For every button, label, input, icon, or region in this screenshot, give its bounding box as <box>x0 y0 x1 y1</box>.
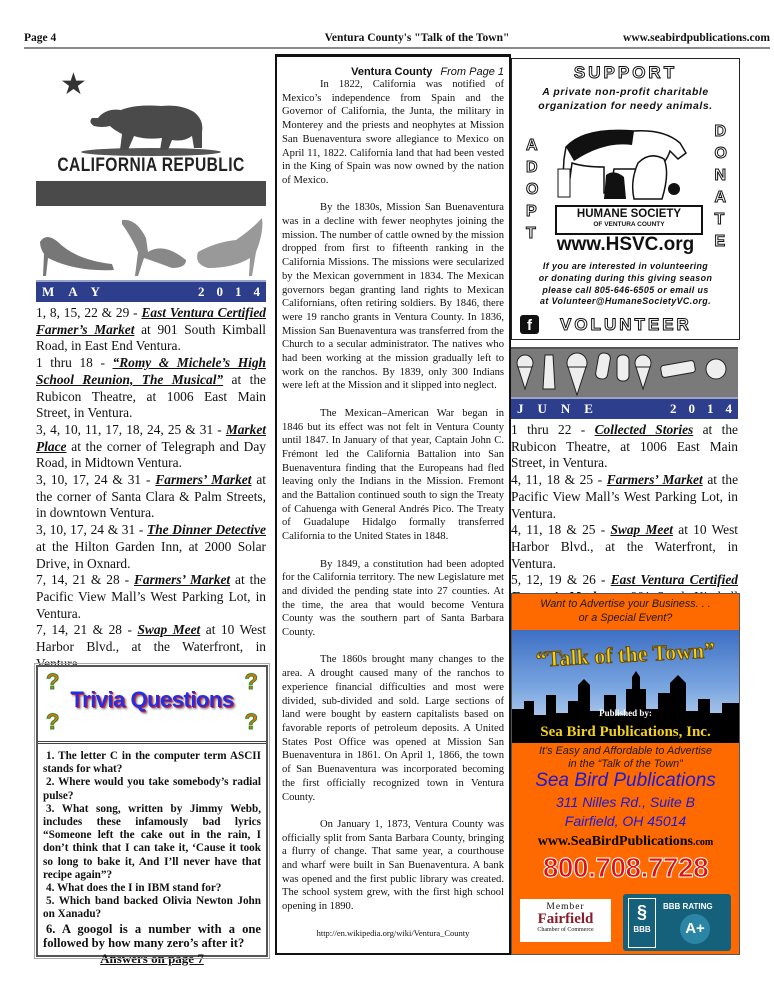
adopt-vertical-text: ADOPT <box>526 135 538 245</box>
humane-society-logo: HUMANE SOCIETY OF VENTURA COUNTY <box>555 205 703 235</box>
flag-band <box>36 181 266 206</box>
humane-society-ad: SUPPORT A private non-profit charitable … <box>511 58 740 340</box>
trivia-question: 4. What does the I in IBM stand for? <box>43 882 261 895</box>
article-paragraph: By 1849, a constitution had been adopted… <box>282 558 504 640</box>
bbb-rating-badge: § BBB BBB RATING A+ <box>623 894 731 951</box>
chamber-of-commerce-badge: Member Fairfield Chamber of Commerce <box>520 899 611 942</box>
event-title[interactable]: The Dinner Detective <box>147 522 266 537</box>
article-paragraph: The Mexican–American War began in 1846 b… <box>282 407 504 544</box>
event-item: 3, 10, 17, 24 & 31 - Farmers’ Market at … <box>36 472 266 522</box>
shoes-image <box>36 212 266 280</box>
answers-link[interactable]: Answers on page 7 <box>43 952 261 965</box>
address-line-1: 311 Nilles Rd., Suite B <box>512 794 739 810</box>
torch-icon: § <box>629 899 655 925</box>
publisher-website[interactable]: www.SeaBirdPublications.com <box>512 834 739 850</box>
trivia-questions: 1. The letter C in the computer term ASC… <box>38 744 266 965</box>
event-item: 1 thru 18 - “Romy & Michele’s High Schoo… <box>36 355 266 422</box>
star-icon: ★ <box>60 70 87 100</box>
right-column: SUPPORT A private non-profit charitable … <box>511 58 764 622</box>
company-name: Sea Bird Publications <box>512 770 739 792</box>
phone-number[interactable]: 800.708.7728 <box>512 852 739 884</box>
event-title[interactable]: Farmers’ Market <box>134 572 230 587</box>
month-year: 2014 <box>670 399 744 419</box>
hsvc-url[interactable]: www.HSVC.org <box>512 234 739 256</box>
bbb-grade: A+ <box>680 914 710 944</box>
trivia-banner: ? ? ? ? Trivia Questions <box>38 667 266 744</box>
trivia-question: 3. What song, written by Jimmy Webb, inc… <box>43 803 261 882</box>
address-line-2: Fairfield, OH 45014 <box>512 813 739 829</box>
month-name: MAY <box>42 282 114 302</box>
advertise-ad: Want to Advertise your Business. . . or … <box>511 593 740 955</box>
event-title[interactable]: Collected Stories <box>595 422 694 437</box>
trivia-title: Trivia Questions <box>38 687 266 713</box>
article-paragraph: On January 1, 1873, Ventura County was o… <box>282 818 504 914</box>
event-item: 1, 8, 15, 22 & 29 - East Ventura Certifi… <box>36 305 266 355</box>
event-item: 1 thru 22 - Collected Stories at the Rub… <box>511 422 738 472</box>
event-title[interactable]: Swap Meet <box>137 622 200 637</box>
may-events-list: 1, 8, 15, 22 & 29 - East Ventura Certifi… <box>36 305 266 723</box>
california-republic-caption: CALIFORNIA REPUBLIC <box>57 155 246 177</box>
left-column: ★ CALIFORNIA REPUBLIC MAY 2014 1, 8, 15,… <box>36 60 266 723</box>
published-by-label: Published by: <box>512 708 739 718</box>
article-column: Ventura CountyFrom Page 1 In 1822, Calif… <box>275 54 511 955</box>
trivia-question: 2. Where would you take somebody’s radia… <box>43 776 261 802</box>
bbb-logo: § BBB <box>628 898 656 948</box>
publisher-name: Sea Bird Publications, Inc. <box>512 721 739 743</box>
article-paragraph: By the 1830s, Mission San Buenaventura w… <box>282 201 504 393</box>
event-title[interactable]: Farmers’ Market <box>607 472 703 487</box>
source-link[interactable]: http://en.wikipedia.org/wiki/Ventura_Cou… <box>282 928 504 938</box>
california-flag-image: ★ CALIFORNIA REPUBLIC <box>36 60 266 210</box>
ad-headline: Want to Advertise your Business. . . or … <box>512 594 739 625</box>
event-item: 3, 10, 17, 24 & 31 - The Dinner Detectiv… <box>36 522 266 572</box>
skyline-image: “Talk of the Town” <box>512 630 739 735</box>
ice-cream-icon <box>511 349 738 397</box>
event-item: 4, 11, 18 & 25 - Farmers’ Market at the … <box>511 472 738 522</box>
bear-icon <box>76 98 226 156</box>
article-paragraph: The 1860s brought many changes to the ar… <box>282 653 504 804</box>
event-title[interactable]: Farmers’ Market <box>155 472 251 487</box>
june-2014-header: JUNE 2014 <box>511 397 738 419</box>
article-kicker: Ventura CountyFrom Page 1 <box>282 66 504 78</box>
support-heading: SUPPORT <box>512 63 739 83</box>
trivia-question: 5. Which band backed Olivia Newton John … <box>43 895 261 921</box>
event-item: 4, 11, 18 & 25 - Swap Meet at 10 West Ha… <box>511 522 738 572</box>
website-link[interactable]: www.seabirdpublications.com <box>623 32 770 44</box>
trivia-question: 6. A googol is a number with a one follo… <box>43 922 261 951</box>
event-title[interactable]: Swap Meet <box>610 522 673 537</box>
hsvc-tagline: A private non-profit charitable organiza… <box>512 86 739 114</box>
animals-icon <box>554 123 694 203</box>
page-header: Page 4 Ventura County's "Talk of the Tow… <box>24 30 770 49</box>
volunteer-heading: VOLUNTEER <box>560 315 692 335</box>
trivia-box: ? ? ? ? Trivia Questions 1. The letter C… <box>36 665 268 957</box>
article-paragraph: In 1822, California was notified of Mexi… <box>282 78 504 188</box>
article-body: In 1822, California was notified of Mexi… <box>282 78 504 914</box>
event-item: 7, 14, 21 & 28 - Farmers’ Market at the … <box>36 572 266 622</box>
trivia-question: 1. The letter C in the computer term ASC… <box>43 750 261 776</box>
event-item: 3, 4, 10, 11, 17, 18, 24, 25 & 31 - Mark… <box>36 422 266 472</box>
facebook-icon[interactable]: f <box>520 315 539 334</box>
ice-cream-banner <box>511 347 738 397</box>
month-name: JUNE <box>517 399 607 419</box>
month-year: 2014 <box>198 282 272 302</box>
ad-easy-text: It’s Easy and Affordable to Advertise in… <box>512 745 739 771</box>
high-heels-icon <box>36 212 266 280</box>
hsvc-info: If you are interested in volunteering or… <box>514 261 737 308</box>
continued-from: From Page 1 <box>440 66 504 78</box>
may-2014-header: MAY 2014 <box>36 280 266 302</box>
article-heading: Ventura County <box>351 66 432 78</box>
